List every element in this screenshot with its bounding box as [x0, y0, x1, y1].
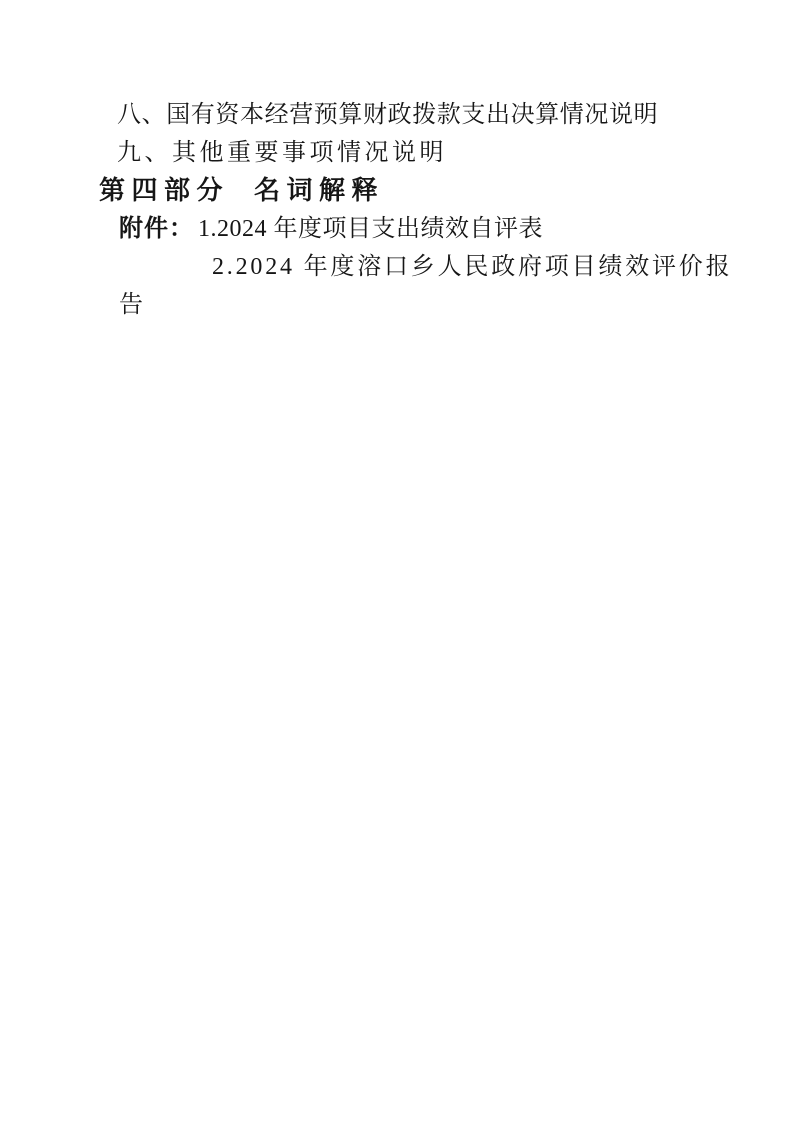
toc-item-9: 九、其他重要事项情况说明: [117, 134, 447, 172]
attachment-item-1: 1.2024 年度项目支出绩效自评表: [198, 216, 543, 242]
document-page: 八、国有资本经营预算财政拨款支出决算情况说明 九、其他重要事项情况说明 第四部分…: [0, 0, 793, 1122]
attachments-label: 附件：: [119, 215, 194, 242]
section-title: 名词解释: [254, 175, 384, 205]
attachment-item-2-wrap: 告: [119, 286, 143, 324]
toc-item-8: 八、国有资本经营预算财政拨款支出决算情况说明: [117, 96, 658, 134]
section-heading: 第四部分名词解释: [99, 171, 384, 209]
section-part-label: 第四部分: [99, 175, 229, 205]
attachment-item-2: 2.2024 年度溶口乡人民政府项目绩效评价报: [212, 248, 732, 286]
attachments-line: 附件：1.2024 年度项目支出绩效自评表: [119, 210, 543, 248]
